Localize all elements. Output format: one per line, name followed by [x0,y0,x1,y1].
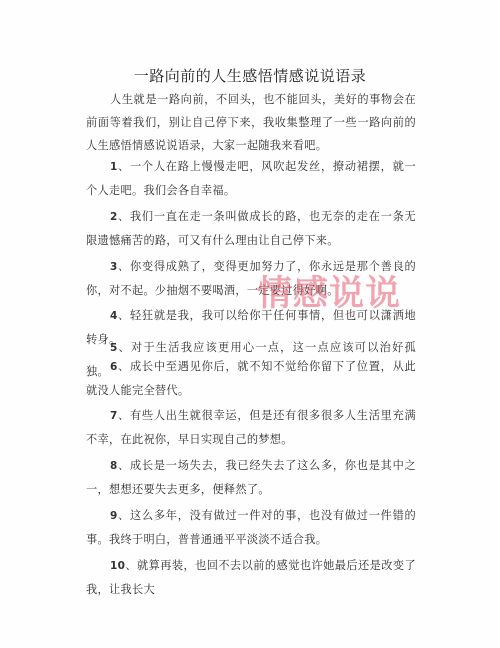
list-item: 9、这么多年，没有做过一件对的事，也没有做过一件错的事。我终于明白，普普通通平平… [86,504,416,551]
document-page: 一路向前的人生感悟情感说说语录 人生就是一路向前，不回头，也不能回头，美好的事物… [0,0,500,648]
item-number: 5 [110,342,118,354]
item-text: 、这么多年，没有做过一件对的事，也没有做过一件错的事。我终于明白，普普通通平平淡… [86,509,416,546]
list-item: 1、一个人在路上慢慢走吧，风吹起发丝，撩动裙摆，就一个人走吧。我们会各自幸福。 [86,155,416,202]
item-text: 、我们一直在走一条叫做成长的路，也无奈的走在一条无限遗憾痛苦的路，可又有什么理由… [86,210,416,247]
watermark-logo: 情感说说 [257,275,401,313]
list-item: 10、就算再装，也回不去以前的感觉也许她最后还是改变了我，让我长大 [86,554,416,601]
item-text: 、就算再装，也回不去以前的感觉也许她最后还是改变了我，让我长大 [86,559,416,596]
item-number: 1 [110,161,118,173]
item-text: 、成长是一场失去，我已经失去了这么多，你也是其中之一，想想还要失去更多，便释然了… [86,459,416,496]
item-text: 、有些人出生就很幸运，但是还有很多很多人生活里充满不幸，在此祝你，早日实现自己的… [86,409,416,446]
item-number: 2 [110,211,118,223]
item-number: 3 [110,261,118,273]
item-number: 9 [110,510,118,522]
intro-paragraph: 人生就是一路向前，不回头，也不能回头，美好的事物会在前面等着我们，别让自己停下来… [86,88,416,157]
list-item: 7、有些人出生就很幸运，但是还有很多很多人生活里充满不幸，在此祝你，早日实现自己… [86,404,416,451]
item-number: 10 [110,560,125,572]
list-item: 2、我们一直在走一条叫做成长的路，也无奈的走在一条无限遗憾痛苦的路，可又有什么理… [86,205,416,252]
item-number: 7 [110,410,118,422]
item-number: 8 [110,460,118,472]
list-item: 8、成长是一场失去，我已经失去了这么多，你也是其中之一，想想还要失去更多，便释然… [86,454,416,501]
item-text: 、一个人在路上慢慢走吧，风吹起发丝，撩动裙摆，就一个人走吧。我们会各自幸福。 [86,160,416,197]
item-number: 6 [110,361,118,373]
item-text: 、成长中至遇见你后，就不知不觉给你留下了位置，从此就没人能完全替代。 [86,360,416,397]
document-title: 一路向前的人生感悟情感说说语录 [0,67,500,85]
list-item: 6、成长中至遇见你后，就不知不觉给你留下了位置，从此就没人能完全替代。 [86,355,416,402]
item-number: 4 [110,310,118,322]
